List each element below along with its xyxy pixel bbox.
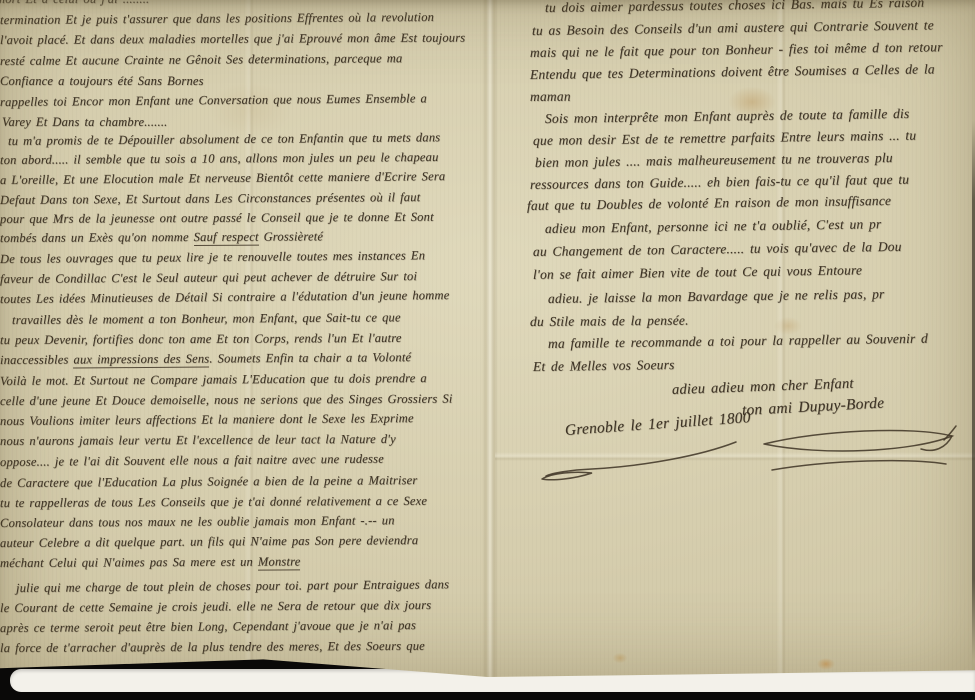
handwriting-line: méchant Celui qui N'aimes pas Sa mere es… — [0, 553, 301, 571]
handwriting-line: mais qui ne le fait que pour ton Bonheur… — [530, 39, 943, 61]
handwriting-line: ressources dans ton Guide..... eh bien f… — [530, 172, 909, 193]
date-paraph-flourish — [540, 438, 740, 483]
handwriting-line: ton ami Dupuy-Borde — [742, 396, 885, 419]
handwriting-line: Confiance a toujours été Sans Bornes — [0, 73, 204, 89]
handwriting-line: l'on se fait aimer Bien vite de tout Ce … — [533, 262, 862, 283]
handwriting-line: travailles dès le moment a ton Bonheur, … — [12, 309, 401, 328]
handwriting-line: faut que tu Doubles de volonté En raison… — [527, 193, 891, 214]
handwriting-segment: méchant Celui qui N'aimes pas Sa mere es… — [0, 555, 258, 570]
handwriting-line: maman — [530, 89, 571, 105]
handwriting-line: nous Voulions imiter leurs affections Et… — [0, 410, 414, 429]
handwriting-line: bien mon jules .... mais malheureusement… — [535, 150, 893, 171]
letter-scan: mort Et a celui ou j'ai ........terminat… — [0, 0, 975, 700]
handwriting-line: tu peux Devenir, fortifies donc ton ame … — [0, 330, 402, 348]
handwriting-line: tu dois aimer pardessus toutes choses ic… — [545, 0, 924, 16]
handwriting-line: du Stile mais de la pensée. — [530, 313, 689, 330]
handwriting-segment: . Soumets Enfin ta chair a ta Volonté — [209, 350, 411, 365]
handwriting-line: termination Et je puis t'assurer que dan… — [0, 9, 434, 28]
paper-sheet: mort Et a celui ou j'ai ........terminat… — [0, 0, 975, 677]
handwriting-line: tu as Besoin des Conseils d'un ami auste… — [532, 17, 934, 39]
handwriting-line: oppose.... je te l'ai dit Souvent elle n… — [0, 451, 384, 470]
right-page: tu dois aimer pardessus toutes choses ic… — [526, 0, 975, 677]
handwriting-line: julie qui me charge de tout plein de cho… — [16, 576, 449, 596]
handwriting-line: après ce terme seroit peut être bien Lon… — [0, 617, 416, 636]
handwriting-line: auteur Celebre a dit quelque part. un fi… — [0, 532, 418, 551]
left-page: mort Et a celui ou j'ai ........terminat… — [0, 0, 524, 677]
handwriting-line: ma famille te recommande a toi pour la r… — [548, 331, 928, 352]
handwriting-segment: tombés dans un Exès qu'on nomme — [0, 230, 194, 245]
handwriting-segment: inaccessibles — [0, 352, 74, 367]
handwriting-line: la force de t'arracher d'auprès de la pl… — [0, 638, 425, 656]
handwriting-line: ton abord..... il semble que tu sois a 1… — [0, 149, 439, 168]
handwriting-line: toutes Les idées Minutieuses de Détail S… — [0, 287, 450, 307]
handwriting-line: nous n'aurons jamais leur vertu Et l'exc… — [0, 431, 396, 449]
handwriting-line: mort Et a celui ou j'ai ........ — [0, 0, 149, 7]
handwriting-line: de Caractere que l'Education La plus Soi… — [0, 472, 418, 491]
handwriting-line: l'avoit placé. Et dans deux maladies mor… — [0, 30, 465, 48]
handwriting-line: adieu adieu mon cher Enfant — [672, 376, 854, 398]
handwriting-line: adieu. je laisse la mon Bavardage que je… — [548, 286, 885, 307]
handwriting-line: Et de Melles vos Soeurs — [533, 357, 675, 375]
handwriting-line: Entendu que tes Determinations doivent ê… — [530, 61, 935, 83]
handwriting-segment: Grossièreté — [259, 229, 324, 243]
handwriting-line: De tous les ouvrages que tu peux lire je… — [0, 247, 425, 267]
handwriting-line: Voilà le mot. Et Surtout ne Compare jama… — [0, 370, 427, 389]
handwriting-line: a L'oreille, Et une Elocution male Et ne… — [0, 168, 445, 188]
handwriting-line: que mon desir Est de te remettre parfait… — [533, 128, 916, 149]
handwriting-line: tu te rappelleras de tous Les Conseils q… — [0, 493, 427, 511]
handwriting-line: au Changement de ton Caractere..... tu v… — [533, 239, 902, 260]
signature-paraph-flourish — [758, 420, 963, 480]
handwriting-segment: aux impressions des Sens — [73, 352, 209, 369]
handwriting-line: resté calme Et aucune Crainte ne Gênoit … — [0, 50, 402, 69]
handwriting-line: Defaut Dans ton Sexe, Et Surtout dans Le… — [0, 189, 420, 208]
handwriting-line: tu m'a promis de te Dépouiller absolumen… — [8, 129, 440, 149]
handwriting-line: Sois mon interprête mon Enfant auprès de… — [545, 106, 910, 127]
handwriting-line: Varey Et Dans ta chambre....... — [2, 114, 167, 130]
handwriting-line: le Courant de cette Semaine je crois jeu… — [0, 597, 431, 616]
handwriting-line: Grenoble le 1er juillet 1800 — [564, 410, 751, 439]
handwriting-line: faveur de Condillac C'est le Seul auteur… — [0, 268, 417, 287]
handwriting-line: inaccessibles aux impressions des Sens. … — [0, 349, 411, 368]
handwriting-line: celle d'une jeune Et Douce demoiselle, n… — [0, 391, 453, 409]
handwriting-line: rappelles toi Encor mon Enfant une Conve… — [0, 90, 427, 110]
handwriting-line: tombés dans un Exès qu'on nomme Sauf res… — [0, 228, 323, 246]
handwriting-line: pour que Mrs de la jeunesse ont outre pa… — [0, 209, 434, 227]
handwriting-segment: Sauf respect — [194, 230, 259, 246]
handwriting-segment: Monstre — [258, 554, 301, 570]
handwriting-line: adieu mon Enfant, personne ici ne t'a ou… — [545, 216, 882, 237]
handwriting-line: Consolateur dans tous nos maux ne les ou… — [0, 512, 395, 531]
